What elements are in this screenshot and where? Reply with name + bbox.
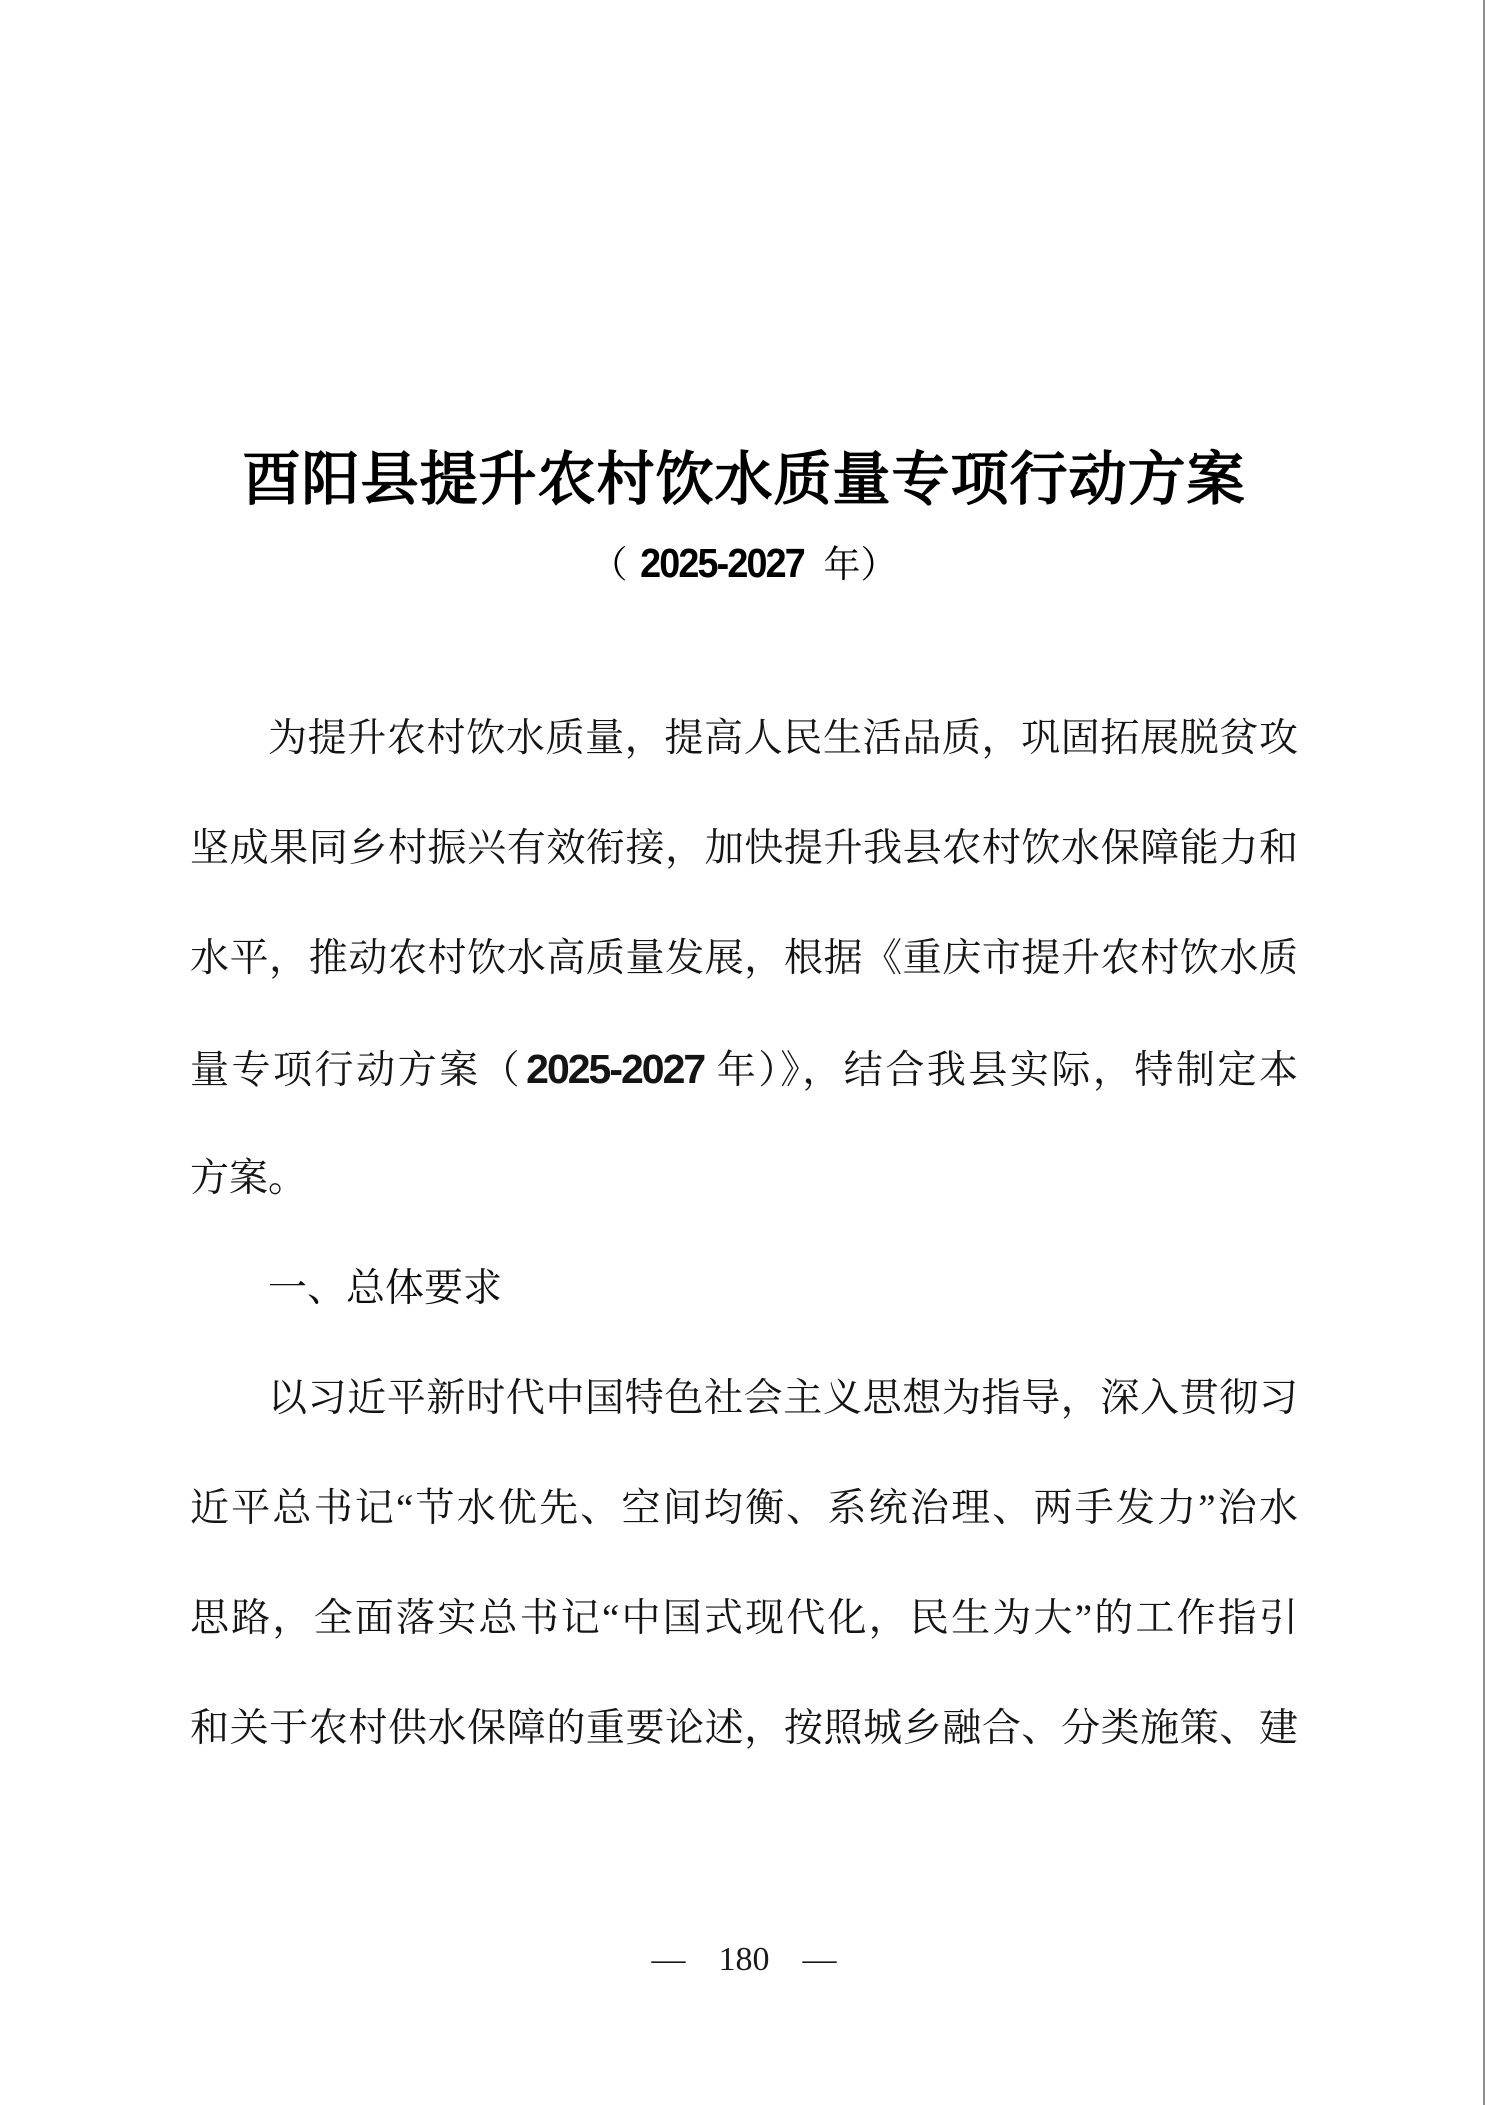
subtitle-open-paren: （ [590,545,627,586]
paragraph-line: 坚成果同乡村振兴有效衔接，加快提升我县农村饮水保障能力和 [190,794,1298,904]
paragraph-line: 以习近平新时代中国特色社会主义思想为指导，深入贯彻习 [190,1344,1298,1454]
section-heading: 一、总体要求 [190,1234,1298,1344]
page-number: 180 [719,1941,770,1979]
paragraph-line: 为提升农村饮水质量，提高人民生活品质，巩固拓展脱贫攻 [190,684,1298,794]
paragraph-line: 方案。 [190,1124,1298,1234]
line-segment: 年）》，结合我县实际，特制定本 [714,1049,1298,1092]
document-title: 酉阳县提升农村饮水质量专项行动方案 [0,448,1488,512]
line-segment: 量专项行动方案（ [190,1049,522,1092]
document-page: 酉阳县提升农村饮水质量专项行动方案 （2025-2027年） 为提升农村饮水质量… [0,0,1488,2105]
paragraph-line: 和关于农村供水保障的重要论述，按照城乡融合、分类施策、建 [190,1674,1298,1784]
page-footer: — 180 — [0,1941,1488,1979]
paragraph-line: 思路，全面落实总书记“中国式现代化，民生为大”的工作指引 [190,1564,1298,1674]
subtitle-close: 年） [824,545,898,586]
paragraph-line: 近平总书记“节水优先、空间均衡、系统治理、两手发力”治水 [190,1454,1298,1564]
footer-right-dash: — [803,1941,837,1979]
paragraph-line: 量专项行动方案（2025-2027年）》，结合我县实际，特制定本 [190,1014,1298,1124]
footer-left-dash: — [652,1941,686,1979]
scan-edge-line [1483,0,1485,2105]
subtitle-years: 2025-2027 [641,539,805,588]
document-body: 为提升农村饮水质量，提高人民生活品质，巩固拓展脱贫攻 坚成果同乡村振兴有效衔接，… [190,684,1298,1784]
document-subtitle: （2025-2027年） [0,539,1488,588]
line-year-range: 2025-2027 [526,1046,704,1092]
paragraph-line: 水平，推动农村饮水高质量发展，根据《重庆市提升农村饮水质 [190,904,1298,1014]
